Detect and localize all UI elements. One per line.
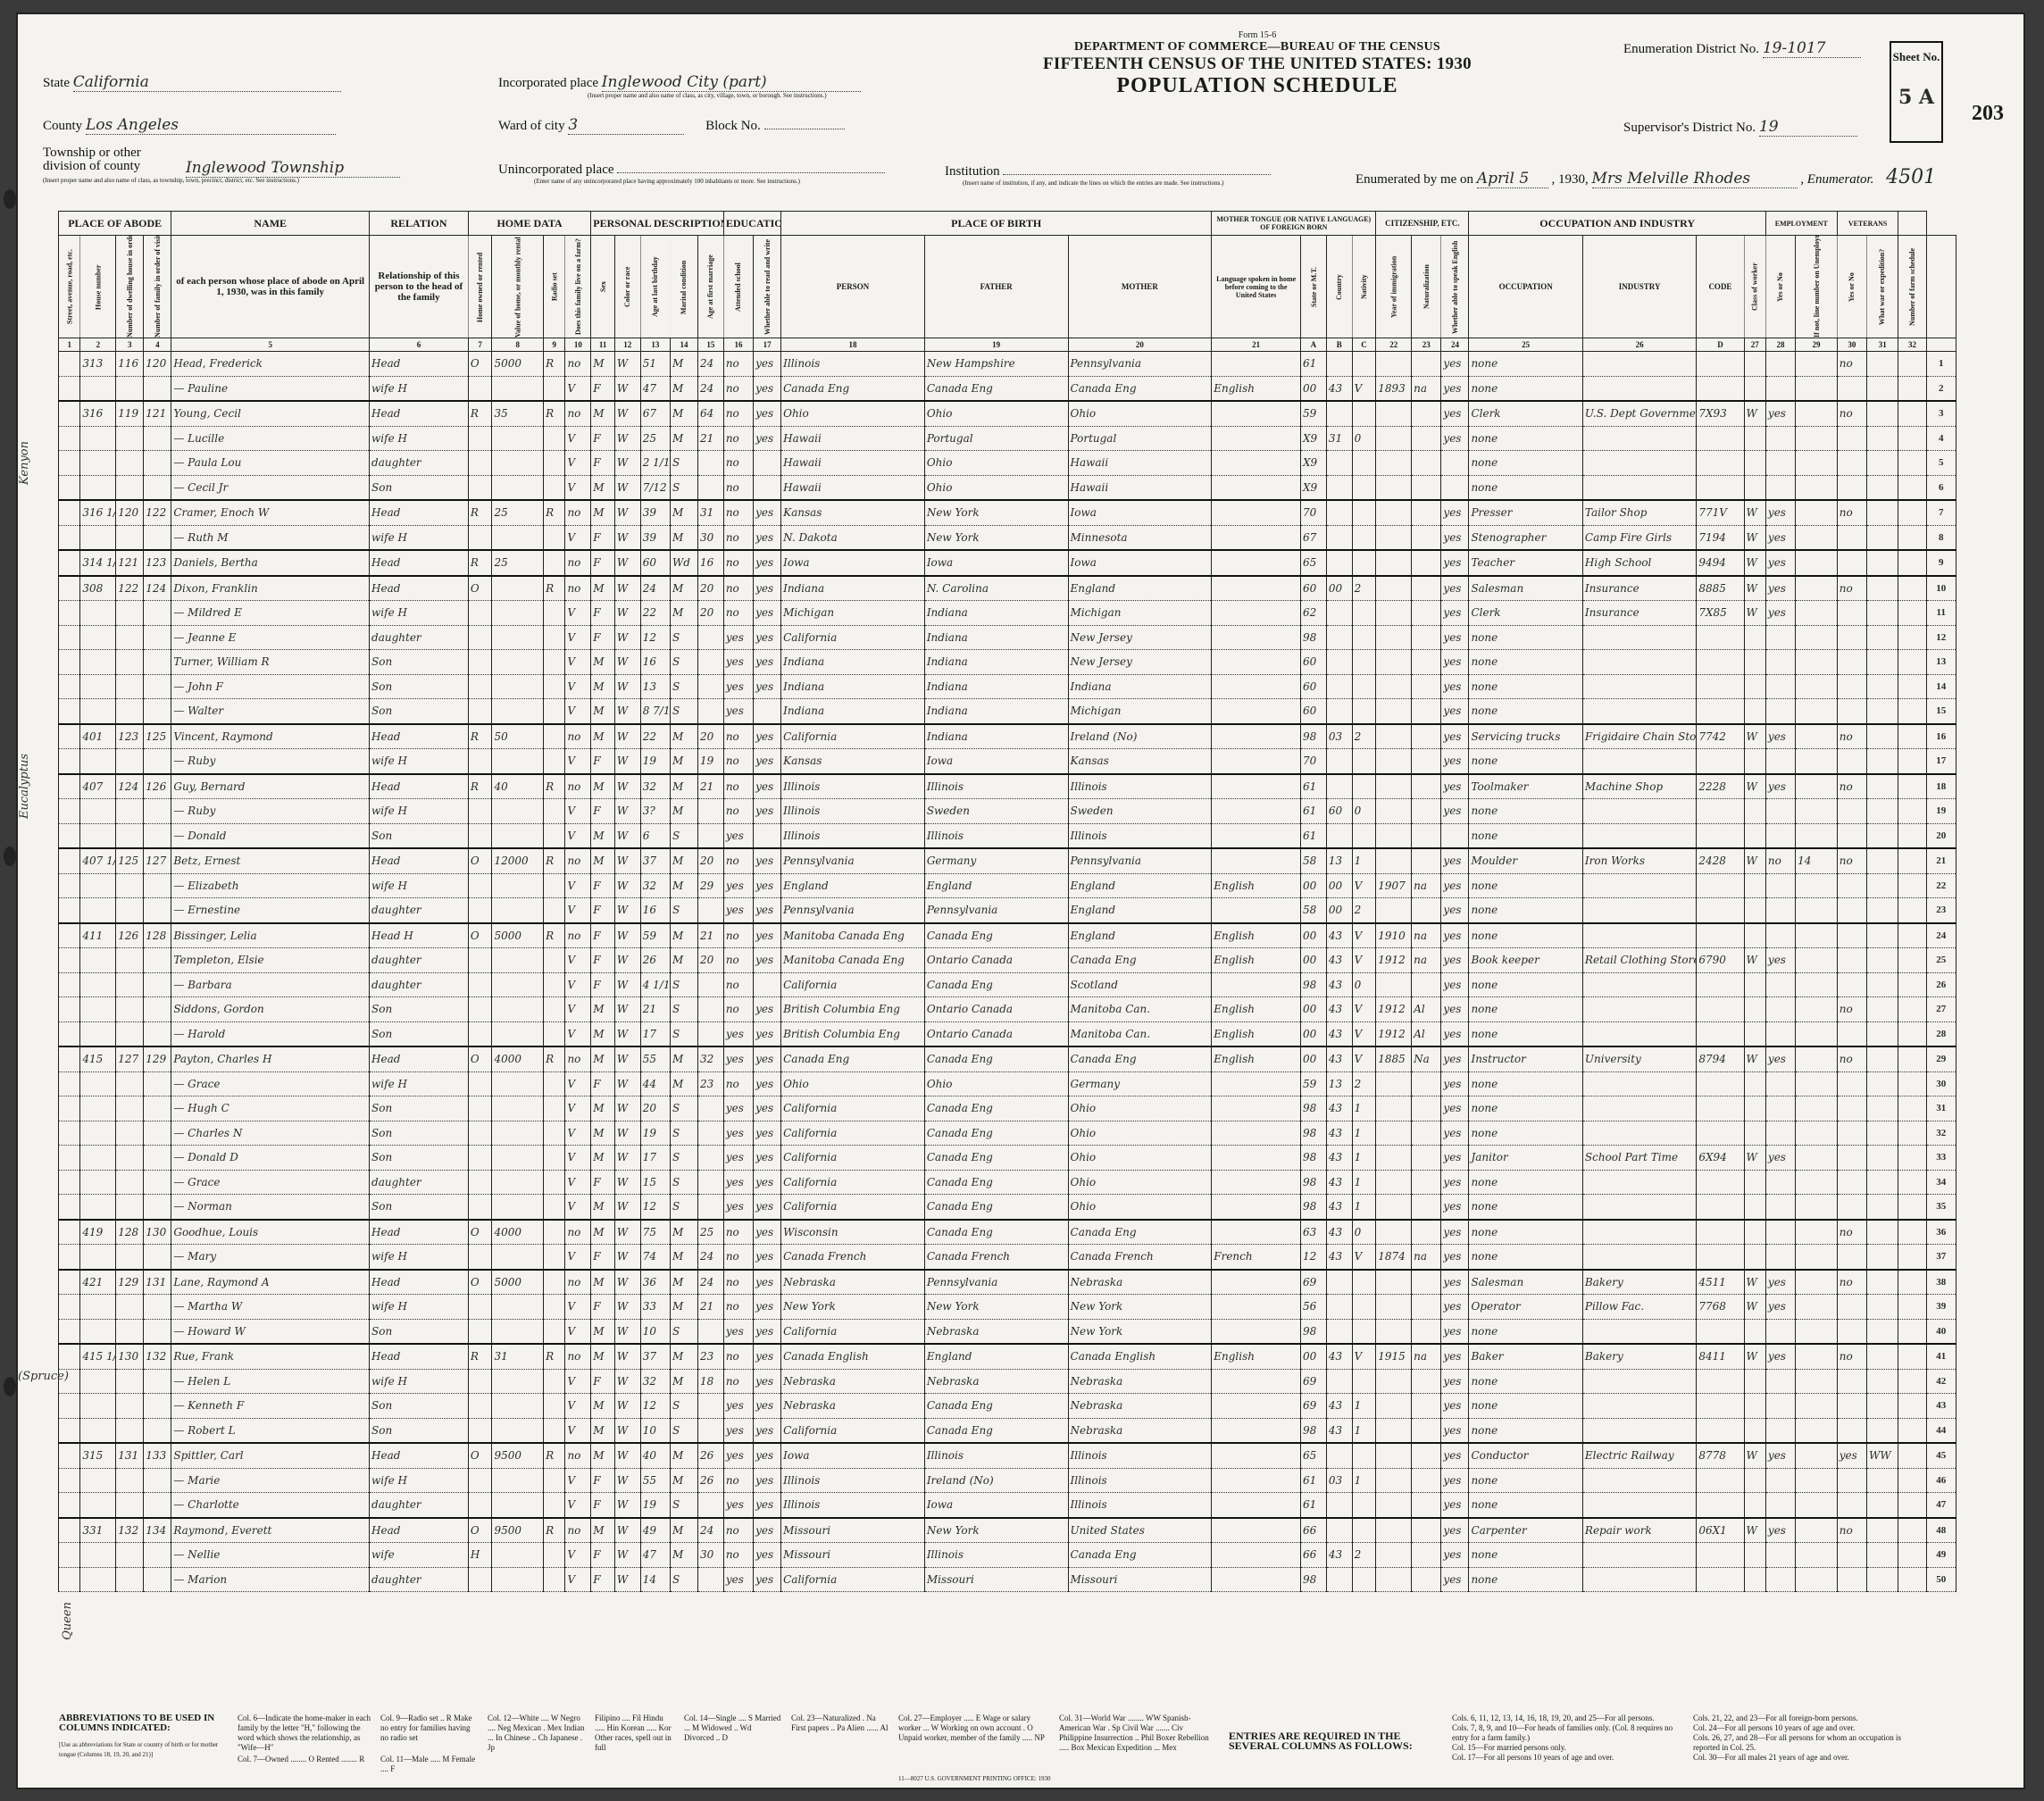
table-row: — Gracewife HVFW44M23noyesOhioOhioGerman… <box>59 1071 1956 1096</box>
column-number: C <box>1352 338 1376 352</box>
line-number: 35 <box>1926 1195 1956 1220</box>
unemployment-line-cell <box>1796 724 1838 749</box>
unemployment-line-cell <box>1796 898 1838 923</box>
age-first-marriage-cell: 24 <box>697 1518 723 1543</box>
employed-cell <box>1765 1493 1795 1518</box>
farm-schedule-cell <box>1898 601 1926 626</box>
marital-cell: M <box>670 1369 697 1394</box>
industry-cell: Tailor Shop <box>1582 500 1696 525</box>
industry-cell: Frigidaire Chain Store Co <box>1582 724 1696 749</box>
column-number: 6 <box>370 338 469 352</box>
house-number-cell: 419 <box>80 1220 116 1245</box>
class-of-worker-cell <box>1744 1245 1765 1270</box>
institution-value <box>1003 174 1271 175</box>
person-name-cell: — Marion <box>171 1567 370 1592</box>
language-cell <box>1212 724 1301 749</box>
language-cell <box>1212 1394 1301 1419</box>
farm-cell: no <box>565 1518 591 1543</box>
language-cell <box>1212 1071 1301 1096</box>
speaks-english-cell: yes <box>1441 1543 1469 1568</box>
war-cell <box>1866 1096 1898 1121</box>
census-title: FIFTEENTH CENSUS OF THE UNITED STATES: 1… <box>998 54 1516 74</box>
occupation-cell: none <box>1469 1096 1582 1121</box>
family-number-cell: 123 <box>144 550 171 576</box>
immigration-year-cell <box>1376 1220 1412 1245</box>
read-write-cell <box>754 972 781 997</box>
radio-cell <box>544 1245 565 1270</box>
language-cell <box>1212 601 1301 626</box>
dwelling-number-cell <box>116 1468 144 1493</box>
radio-cell <box>544 475 565 500</box>
veteran-cell <box>1837 749 1866 774</box>
sex-cell: M <box>591 576 615 601</box>
home-value-cell: 12000 <box>492 848 544 873</box>
code-a-cell: 69 <box>1301 1369 1327 1394</box>
occupation-code-cell <box>1697 997 1744 1022</box>
code-c-cell <box>1352 1270 1376 1295</box>
column-number: 32 <box>1898 338 1926 352</box>
relation-cell: wife H <box>370 1245 469 1270</box>
unemployment-line-cell <box>1796 1295 1838 1320</box>
code-a-cell: 98 <box>1301 1195 1327 1220</box>
birthplace-person-cell: California <box>781 1096 925 1121</box>
occupation-cell: none <box>1469 1170 1582 1195</box>
industry-cell <box>1582 799 1696 824</box>
age-cell: 14 <box>640 1567 670 1592</box>
race-cell: W <box>614 1195 640 1220</box>
farm-schedule-cell <box>1898 500 1926 525</box>
attended-school-cell: no <box>723 972 753 997</box>
column-number: 4 <box>144 338 171 352</box>
birthplace-father-cell: Canada Eng <box>924 1121 1068 1146</box>
home-value-cell <box>492 749 544 774</box>
family-number-cell <box>144 1369 171 1394</box>
age-cell: 60 <box>640 550 670 576</box>
age-cell: 17 <box>640 1146 670 1171</box>
war-cell <box>1866 848 1898 873</box>
age-first-marriage-cell: 20 <box>697 948 723 973</box>
house-number-cell: 407 <box>80 774 116 799</box>
state-value: California <box>73 73 341 92</box>
marital-cell: S <box>670 451 697 476</box>
owned-rented-cell: O <box>468 923 492 948</box>
marital-cell: M <box>670 848 697 873</box>
house-number-cell: 331 <box>80 1518 116 1543</box>
unemployment-line-cell <box>1796 500 1838 525</box>
col-code-c: Nativity <box>1352 236 1376 338</box>
group-place-of-abode: PLACE OF ABODE <box>59 212 171 236</box>
race-cell: W <box>614 475 640 500</box>
birthplace-person-cell: Indiana <box>781 699 925 724</box>
unemployment-line-cell <box>1796 625 1838 650</box>
class-of-worker-cell: W <box>1744 1270 1765 1295</box>
farm-schedule-cell <box>1898 1567 1926 1592</box>
language-cell <box>1212 898 1301 923</box>
relation-cell: Son <box>370 1195 469 1220</box>
owned-rented-cell <box>468 1567 492 1592</box>
street-cell <box>59 1418 80 1443</box>
owned-rented-cell <box>468 426 492 451</box>
immigration-year-cell <box>1376 1443 1412 1468</box>
birthplace-person-cell: Nebraska <box>781 1270 925 1295</box>
code-c-cell: 1 <box>1352 1170 1376 1195</box>
age-first-marriage-cell: 18 <box>697 1369 723 1394</box>
farm-cell: V <box>565 823 591 848</box>
age-cell: 19 <box>640 1121 670 1146</box>
dwelling-number-cell <box>116 1567 144 1592</box>
home-value-cell <box>492 873 544 898</box>
language-cell <box>1212 451 1301 476</box>
dwelling-number-cell: 121 <box>116 550 144 576</box>
farm-cell: V <box>565 1021 591 1046</box>
birthplace-father-cell: Illinois <box>924 1443 1068 1468</box>
read-write-cell: yes <box>754 674 781 699</box>
attended-school-cell: yes <box>723 1096 753 1121</box>
owned-rented-cell: R <box>468 500 492 525</box>
veteran-cell: no <box>1837 1518 1866 1543</box>
farm-cell: no <box>565 352 591 377</box>
code-b-cell: 13 <box>1326 848 1352 873</box>
enumeration-district-field: Enumeration District No. 19-1017 <box>1623 39 1861 58</box>
war-cell <box>1866 550 1898 576</box>
naturalization-cell <box>1412 1295 1441 1320</box>
street-cell <box>59 1443 80 1468</box>
code-a-cell: 66 <box>1301 1543 1327 1568</box>
instruction-col23: Col. 23—Naturalized . Na First papers ..… <box>791 1713 889 1733</box>
age-cell: 16 <box>640 898 670 923</box>
employed-cell <box>1765 1319 1795 1344</box>
line-number: 43 <box>1926 1394 1956 1419</box>
code-a-cell: 61 <box>1301 1468 1327 1493</box>
owned-rented-cell <box>468 1369 492 1394</box>
farm-cell: V <box>565 1170 591 1195</box>
house-number-cell <box>80 972 116 997</box>
dwelling-number-cell <box>116 1295 144 1320</box>
dwelling-number-cell <box>116 823 144 848</box>
read-write-cell: yes <box>754 576 781 601</box>
group-home-data: HOME DATA <box>468 212 590 236</box>
house-number-cell: 415 <box>80 1046 116 1071</box>
radio-cell <box>544 1270 565 1295</box>
house-number-cell <box>80 1096 116 1121</box>
speaks-english-cell: yes <box>1441 1518 1469 1543</box>
sex-cell: F <box>591 1493 615 1518</box>
table-row: — Hugh CSonVMW20SyesyesCaliforniaCanada … <box>59 1096 1956 1121</box>
age-first-marriage-cell: 32 <box>697 1046 723 1071</box>
group-veterans: VETERANS <box>1837 212 1898 236</box>
code-a-cell: 00 <box>1301 1344 1327 1369</box>
relation-cell: Son <box>370 1146 469 1171</box>
birthplace-mother-cell: Ireland (No) <box>1068 724 1212 749</box>
naturalization-cell <box>1412 401 1441 426</box>
war-cell <box>1866 1195 1898 1220</box>
age-cell: 22 <box>640 601 670 626</box>
ward-field: Ward of city 3 Block No. <box>498 116 845 135</box>
house-number-cell <box>80 1071 116 1096</box>
speaks-english-cell: yes <box>1441 1195 1469 1220</box>
birthplace-father-cell: Pennsylvania <box>924 1270 1068 1295</box>
code-b-cell <box>1326 823 1352 848</box>
birthplace-mother-cell: Ohio <box>1068 1195 1212 1220</box>
read-write-cell: yes <box>754 1245 781 1270</box>
home-value-cell <box>492 948 544 973</box>
home-value-cell <box>492 1418 544 1443</box>
person-name-cell: Raymond, Everett <box>171 1518 370 1543</box>
farm-schedule-cell <box>1898 948 1926 973</box>
attended-school-cell: yes <box>723 1567 753 1592</box>
code-c-cell: 1 <box>1352 1195 1376 1220</box>
birthplace-mother-cell: Iowa <box>1068 500 1212 525</box>
unemployment-line-cell <box>1796 451 1838 476</box>
code-c-cell <box>1352 674 1376 699</box>
read-write-cell: yes <box>754 500 781 525</box>
sheet-number-box: Sheet No. 5 A <box>1890 41 1943 143</box>
language-cell <box>1212 848 1301 873</box>
sex-cell: F <box>591 923 615 948</box>
street-cell <box>59 799 80 824</box>
street-cell <box>59 972 80 997</box>
person-name-cell: — Walter <box>171 699 370 724</box>
class-of-worker-cell: W <box>1744 724 1765 749</box>
immigration-year-cell <box>1376 550 1412 576</box>
line-number: 16 <box>1926 724 1956 749</box>
read-write-cell: yes <box>754 1518 781 1543</box>
unemployment-line-cell <box>1796 1121 1838 1146</box>
marital-cell: M <box>670 601 697 626</box>
employed-cell <box>1765 1418 1795 1443</box>
farm-schedule-cell <box>1898 1493 1926 1518</box>
code-b-cell <box>1326 1319 1352 1344</box>
family-number-cell: 131 <box>144 1270 171 1295</box>
farm-cell: V <box>565 625 591 650</box>
immigration-year-cell: 1910 <box>1376 923 1412 948</box>
language-cell: English <box>1212 873 1301 898</box>
family-number-cell <box>144 749 171 774</box>
relation-cell: wife H <box>370 426 469 451</box>
age-cell: 49 <box>640 1518 670 1543</box>
entries-rule-5: Cols. 21, 22, and 23—For all foreign-bor… <box>1693 1713 1925 1723</box>
race-cell: W <box>614 898 640 923</box>
employed-cell <box>1765 1567 1795 1592</box>
speaks-english-cell: yes <box>1441 972 1469 997</box>
home-value-cell <box>492 1071 544 1096</box>
table-row: 415127129Payton, Charles HHeadO4000RnoMW… <box>59 1046 1956 1071</box>
war-cell <box>1866 1170 1898 1195</box>
street-cell <box>59 1170 80 1195</box>
age-first-marriage-cell <box>697 650 723 675</box>
group-personal-description: PERSONAL DESCRIPTION <box>591 212 724 236</box>
relation-cell: Son <box>370 1021 469 1046</box>
person-name-cell: — Kenneth F <box>171 1394 370 1419</box>
code-a-cell: 66 <box>1301 1518 1327 1543</box>
code-a-cell: 00 <box>1301 997 1327 1022</box>
person-name-cell: — Howard W <box>171 1319 370 1344</box>
class-of-worker-cell <box>1744 1369 1765 1394</box>
farm-schedule-cell <box>1898 1394 1926 1419</box>
marital-cell: S <box>670 1021 697 1046</box>
farm-cell: V <box>565 1096 591 1121</box>
incorporated-field: Incorporated place Inglewood City (part)… <box>498 73 861 99</box>
sex-cell: M <box>591 401 615 426</box>
instruction-col6: Col. 6—Indicate the home-maker in each f… <box>238 1713 371 1753</box>
dwelling-number-cell <box>116 1418 144 1443</box>
unemployment-line-cell: 14 <box>1796 848 1838 873</box>
read-write-cell: yes <box>754 401 781 426</box>
code-a-cell: 12 <box>1301 1245 1327 1270</box>
unemployment-line-cell <box>1796 1245 1838 1270</box>
family-number-cell <box>144 1567 171 1592</box>
line-number: 34 <box>1926 1170 1956 1195</box>
column-number: 27 <box>1744 338 1765 352</box>
attended-school-cell: no <box>723 948 753 973</box>
race-cell: W <box>614 724 640 749</box>
dwelling-number-cell: 119 <box>116 401 144 426</box>
employed-cell: yes <box>1765 1344 1795 1369</box>
table-row: — Helen Lwife HVFW32M18noyesNebraskaNebr… <box>59 1369 1956 1394</box>
employed-cell: yes <box>1765 500 1795 525</box>
naturalization-cell <box>1412 1121 1441 1146</box>
birthplace-mother-cell: Ohio <box>1068 1146 1212 1171</box>
family-number-cell <box>144 799 171 824</box>
immigration-year-cell: 1915 <box>1376 1344 1412 1369</box>
employed-cell: yes <box>1765 724 1795 749</box>
group-relation: RELATION <box>370 212 469 236</box>
radio-cell <box>544 525 565 550</box>
marital-cell: S <box>670 972 697 997</box>
code-c-cell: 1 <box>1352 1146 1376 1171</box>
birthplace-father-cell: Indiana <box>924 625 1068 650</box>
age-cell: 32 <box>640 774 670 799</box>
house-number-cell <box>80 1468 116 1493</box>
sex-cell: M <box>591 997 615 1022</box>
owned-rented-cell: O <box>468 1046 492 1071</box>
person-name-cell: — Robert L <box>171 1418 370 1443</box>
attended-school-cell: no <box>723 451 753 476</box>
code-a-cell: 00 <box>1301 1021 1327 1046</box>
unincorporated-note: (Enter name of any unincorporated place … <box>534 178 885 185</box>
owned-rented-cell <box>468 674 492 699</box>
immigration-year-cell <box>1376 799 1412 824</box>
naturalization-cell <box>1412 1394 1441 1419</box>
table-row: — Rubywife HVFW3?MnoyesIllinoisSwedenSwe… <box>59 799 1956 824</box>
owned-rented-cell: R <box>468 774 492 799</box>
language-cell <box>1212 774 1301 799</box>
house-number-cell <box>80 1493 116 1518</box>
house-number-cell <box>80 1121 116 1146</box>
language-cell <box>1212 972 1301 997</box>
class-of-worker-cell <box>1744 352 1765 377</box>
sex-cell: M <box>591 1046 615 1071</box>
home-value-cell <box>492 1369 544 1394</box>
age-first-marriage-cell <box>697 1170 723 1195</box>
house-number-cell <box>80 1195 116 1220</box>
industry-cell <box>1582 1394 1696 1419</box>
code-b-cell: 43 <box>1326 1344 1352 1369</box>
col-war: What war or expedition? <box>1866 236 1898 338</box>
read-write-cell: yes <box>754 724 781 749</box>
code-a-cell: 63 <box>1301 1220 1327 1245</box>
column-number: 11 <box>591 338 615 352</box>
war-cell <box>1866 1567 1898 1592</box>
farm-schedule-cell <box>1898 1443 1926 1468</box>
owned-rented-cell <box>468 799 492 824</box>
naturalization-cell <box>1412 352 1441 377</box>
occupation-code-cell: 2228 <box>1697 774 1744 799</box>
sex-cell: F <box>591 1468 615 1493</box>
farm-schedule-cell <box>1898 401 1926 426</box>
col-class-of-worker: Class of worker <box>1744 236 1765 338</box>
veteran-cell <box>1837 898 1866 923</box>
person-name-cell: Head, Frederick <box>171 352 370 377</box>
farm-cell: no <box>565 401 591 426</box>
state-field: State California <box>43 73 341 92</box>
farm-schedule-cell <box>1898 1245 1926 1270</box>
radio-cell: R <box>544 1344 565 1369</box>
immigration-year-cell <box>1376 848 1412 873</box>
code-c-cell: 2 <box>1352 724 1376 749</box>
group-name: NAME <box>171 212 370 236</box>
naturalization-cell: Al <box>1412 997 1441 1022</box>
attended-school-cell: yes <box>723 1418 753 1443</box>
read-write-cell: yes <box>754 1270 781 1295</box>
birthplace-father-cell: Canada Eng <box>924 1096 1068 1121</box>
line-number: 3 <box>1926 401 1956 426</box>
sex-cell: F <box>591 426 615 451</box>
relation-cell: Son <box>370 699 469 724</box>
speaks-english-cell: yes <box>1441 401 1469 426</box>
house-number-cell <box>80 823 116 848</box>
language-cell: English <box>1212 1344 1301 1369</box>
class-of-worker-cell <box>1744 1220 1765 1245</box>
race-cell: W <box>614 948 640 973</box>
birthplace-mother-cell: Nebraska <box>1068 1394 1212 1419</box>
col-dwelling-number: Number of dwelling house in order of vis… <box>116 236 144 338</box>
instruction-col11: Col. 11—Male ..... M Female .... F <box>380 1755 479 1774</box>
language-cell <box>1212 1121 1301 1146</box>
home-value-cell: 4000 <box>492 1220 544 1245</box>
birthplace-person-cell: Illinois <box>781 1493 925 1518</box>
employed-cell: no <box>1765 848 1795 873</box>
code-b-cell <box>1326 451 1352 476</box>
population-schedule-table: PLACE OF ABODE NAME RELATION HOME DATA P… <box>58 211 1956 1592</box>
farm-cell: V <box>565 972 591 997</box>
naturalization-cell <box>1412 1170 1441 1195</box>
industry-cell: School Part Time <box>1582 1146 1696 1171</box>
col-naturalization: Naturalization <box>1412 236 1441 338</box>
occupation-cell: none <box>1469 1121 1582 1146</box>
veteran-cell: yes <box>1837 1443 1866 1468</box>
column-number <box>1926 338 1956 352</box>
age-cell: 7/12 <box>640 475 670 500</box>
person-name-cell: Young, Cecil <box>171 401 370 426</box>
naturalization-cell <box>1412 1518 1441 1543</box>
family-number-cell <box>144 376 171 401</box>
code-a-cell: 58 <box>1301 898 1327 923</box>
farm-cell: V <box>565 1468 591 1493</box>
column-number: 1 <box>59 338 80 352</box>
language-cell: English <box>1212 948 1301 973</box>
sex-cell: F <box>591 550 615 576</box>
occupation-code-cell: 9494 <box>1697 550 1744 576</box>
age-cell: 36 <box>640 1270 670 1295</box>
code-b-cell <box>1326 401 1352 426</box>
street-cell <box>59 1195 80 1220</box>
marital-cell: M <box>670 1518 697 1543</box>
language-cell: French <box>1212 1245 1301 1270</box>
house-number-cell: 316 1/2 <box>80 500 116 525</box>
employed-cell <box>1765 625 1795 650</box>
instruction-col9: Col. 9—Radio set .. R Make no entry for … <box>380 1713 479 1743</box>
